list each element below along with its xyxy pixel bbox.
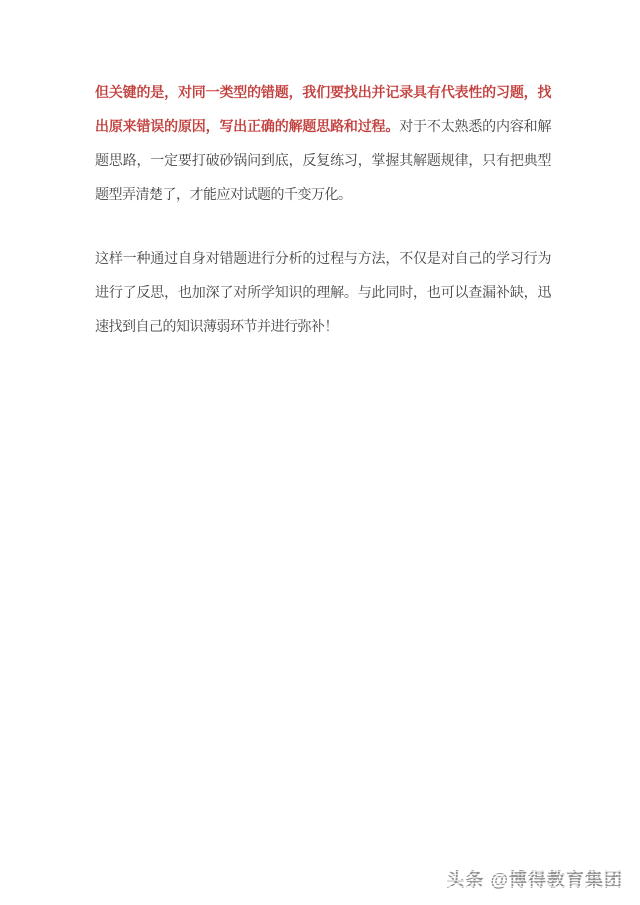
paragraph-2: 这样一种通过自身对错题进行分析的过程与方法，不仅是对自己的学习行为进行了反思，也…	[95, 241, 551, 343]
toutiao-watermark: 头条 @博得教育集团	[446, 866, 623, 892]
paragraph-1: 但关键的是，对同一类型的错题，我们要找出并记录具有代表性的习题，找出原来错误的原…	[95, 75, 551, 211]
paragraph-2-body-text: 这样一种通过自身对错题进行分析的过程与方法，不仅是对自己的学习行为进行了反思，也…	[95, 250, 551, 334]
article-body: 但关键的是，对同一类型的错题，我们要找出并记录具有代表性的习题，找出原来错误的原…	[95, 75, 551, 343]
article-page: 但关键的是，对同一类型的错题，我们要找出并记录具有代表性的习题，找出原来错误的原…	[0, 0, 640, 905]
